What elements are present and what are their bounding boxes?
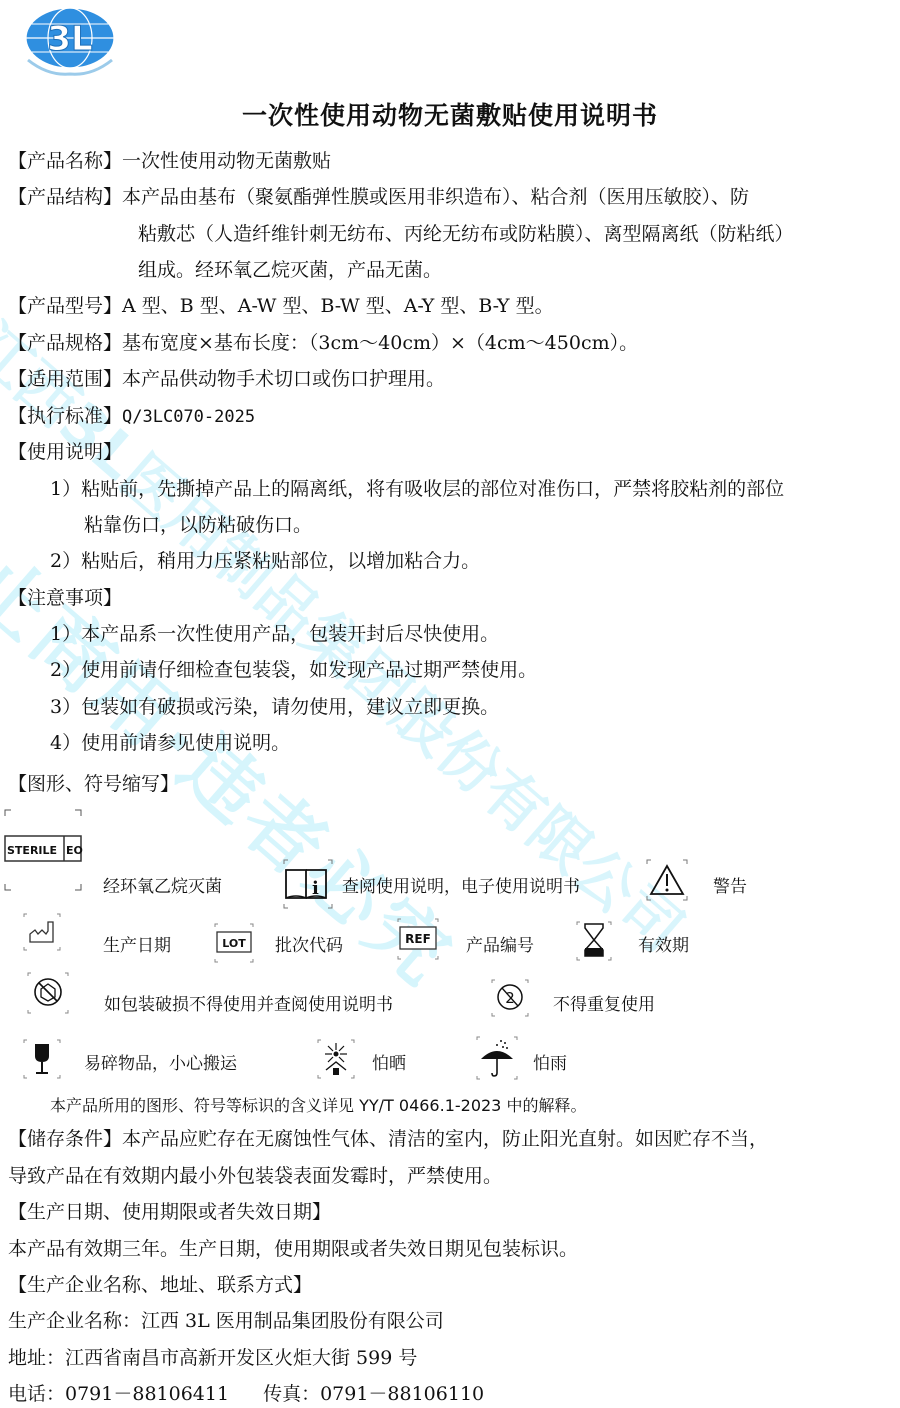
- section-dates-label: 【生产日期、使用期限或者失效日期】: [8, 1199, 331, 1225]
- section-label: 【储存条件】: [8, 1128, 122, 1150]
- section-text-line: 组成。经环氧乙烷灭菌，产品无菌。: [138, 257, 442, 283]
- section-product-spec: 【产品规格】基布宽度×基布长度：（3cm～40cm）×（4cm～450cm）。: [8, 330, 638, 356]
- precaution-item: 1）本产品系一次性使用产品，包装开封后尽快使用。: [50, 621, 499, 647]
- symbols-note: 本产品所用的图形、符号等标识的含义详见 YY/T 0466.1-2023 中的解…: [50, 1093, 586, 1116]
- section-text: 基布宽度×基布长度：（3cm～40cm）×（4cm～450cm）。: [122, 332, 638, 354]
- damaged-package-icon: [26, 971, 70, 1015]
- ref-icon: REF: [396, 917, 440, 961]
- svg-text:EO: EO: [66, 844, 83, 857]
- section-precautions-label: 【注意事项】: [8, 585, 122, 611]
- sterile-eo-icon: STERILE EO: [3, 808, 83, 892]
- symbol-label: 警告: [713, 872, 747, 897]
- section-scope: 【适用范围】本产品供动物手术切口或伤口护理用。: [8, 366, 445, 392]
- precaution-item: 4）使用前请参见使用说明。: [50, 730, 290, 756]
- section-product-structure: 【产品结构】本产品由基布（聚氨酯弹性膜或医用非织造布）、粘合剂（医用压敏胶）、防: [8, 184, 749, 210]
- symbol-label: 怕雨: [533, 1049, 567, 1074]
- section-text-line: 粘敷芯（人造纤维针刺无纺布、丙纶无纺布或防粘膜）、离型隔离纸（防粘纸）: [138, 221, 794, 247]
- section-label: 【适用范围】: [8, 368, 122, 390]
- company-logo: 3L: [8, 2, 132, 78]
- section-storage: 【储存条件】本产品应贮存在无腐蚀性气体、清洁的室内，防止阳光直射。如因贮存不当，: [8, 1126, 768, 1152]
- usage-item-1: 1）粘贴前，先撕掉产品上的隔离纸，将有吸收层的部位对准伤口，严禁将胶粘剂的部位: [50, 476, 784, 502]
- section-symbols-label: 【图形、符号缩写】: [8, 771, 179, 797]
- section-product-name: 【产品名称】一次性使用动物无菌敷贴: [8, 148, 331, 174]
- symbol-label: 易碎物品，小心搬运: [84, 1049, 237, 1074]
- precaution-item: 3）包装如有破损或污染，请勿使用，建议立即更换。: [50, 694, 499, 720]
- keep-from-sunlight-icon: [316, 1038, 356, 1080]
- section-text: 本产品由基布（聚氨酯弹性膜或医用非织造布）、粘合剂（医用压敏胶）、防: [122, 186, 749, 208]
- section-usage-label: 【使用说明】: [8, 439, 122, 465]
- svg-text:STERILE: STERILE: [7, 844, 57, 857]
- precaution-item: 2）使用前请仔细检查包装袋，如发现产品过期严禁使用。: [50, 657, 537, 683]
- consult-ifu-icon: i: [282, 858, 334, 910]
- symbol-label: 不得重复使用: [553, 990, 655, 1015]
- do-not-reuse-icon: 2: [490, 978, 530, 1018]
- section-text-line: 导致产品在有效期内最小外包装袋表面发霉时，严禁使用。: [8, 1163, 502, 1189]
- symbol-label: 生产日期: [103, 931, 171, 956]
- symbol-label: 如包装破损不得使用并查阅使用说明书: [104, 990, 393, 1015]
- manufacturer-name: 生产企业名称：江西 3L 医用制品集团股份有限公司: [8, 1308, 444, 1334]
- symbol-label: 经环氧乙烷灭菌: [103, 872, 222, 897]
- phone: 电话：0791－88106411: [8, 1383, 229, 1405]
- usage-item-1-cont: 粘靠伤口，以防粘破伤口。: [84, 512, 312, 538]
- manufacturer-contact: 电话：0791－88106411传真：0791－88106110: [8, 1381, 484, 1407]
- symbol-label: 怕晒: [372, 1049, 406, 1074]
- fax: 传真：0791－88106110: [263, 1383, 484, 1405]
- symbol-label: 有效期: [638, 931, 689, 956]
- svg-text:i: i: [312, 878, 319, 899]
- keep-dry-icon: [475, 1035, 519, 1081]
- lot-icon: LOT: [213, 922, 255, 964]
- symbol-label: 产品编号: [466, 931, 534, 956]
- page-title: 一次性使用动物无菌敷贴使用说明书: [0, 96, 900, 132]
- manufacture-date-icon: [22, 912, 62, 952]
- svg-text:LOT: LOT: [222, 937, 246, 950]
- section-label: 【产品名称】: [8, 150, 122, 172]
- svg-text:3L: 3L: [47, 19, 92, 59]
- section-dates-text: 本产品有效期三年。生产日期，使用期限或者失效日期见包装标识。: [8, 1236, 578, 1262]
- section-label: 【执行标准】: [8, 405, 122, 427]
- section-standard: 【执行标准】Q/3LC070-2025: [8, 403, 255, 430]
- section-text: 本产品应贮存在无腐蚀性气体、清洁的室内，防止阳光直射。如因贮存不当，: [122, 1128, 768, 1150]
- manufacturer-address: 地址：江西省南昌市高新开发区火炬大街 599 号: [8, 1345, 417, 1371]
- instruction-sheet: 江西3L医用制品集团股份有限公司 禁止商用·违者必究 3L 一次性使用动物无菌敷…: [0, 0, 900, 1408]
- section-label: 【产品规格】: [8, 332, 122, 354]
- section-text: 本产品供动物手术切口或伤口护理用。: [122, 368, 445, 390]
- svg-text:REF: REF: [405, 932, 431, 946]
- warning-icon: [645, 858, 689, 902]
- section-label: 【产品型号】: [8, 295, 122, 317]
- symbol-label: 批次代码: [275, 931, 343, 956]
- section-label: 【产品结构】: [8, 186, 122, 208]
- section-text: 一次性使用动物无菌敷贴: [122, 150, 331, 172]
- section-text: A 型、B 型、A-W 型、B-W 型、A-Y 型、B-Y 型。: [122, 295, 554, 317]
- section-manufacturer-label: 【生产企业名称、地址、联系方式】: [8, 1272, 312, 1298]
- hourglass-icon: [575, 920, 613, 962]
- fragile-icon: [22, 1038, 62, 1080]
- symbol-label: 查阅使用说明，电子使用说明书: [342, 872, 580, 897]
- usage-item-2: 2）粘贴后，稍用力压紧粘贴部位，以增加粘合力。: [50, 548, 480, 574]
- section-product-model: 【产品型号】A 型、B 型、A-W 型、B-W 型、A-Y 型、B-Y 型。: [8, 293, 554, 319]
- section-text: Q/3LC070-2025: [122, 407, 255, 427]
